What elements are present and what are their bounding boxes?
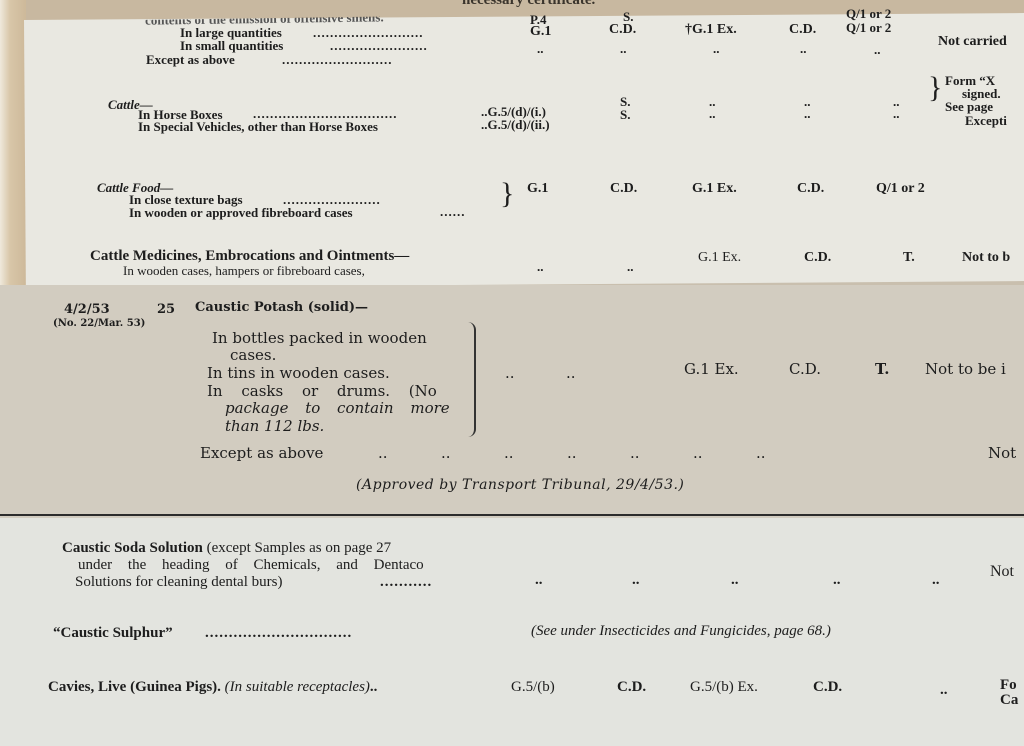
class-cell: .. — [535, 572, 543, 589]
row-label: In bottles packed in wooden — [212, 329, 427, 347]
leader-dots: .......................... — [282, 52, 393, 68]
remarks-cell: Not carried — [938, 34, 1007, 50]
class-cell: G.1 — [530, 24, 551, 40]
class-cell: .. — [505, 364, 515, 382]
class-cell: .. — [378, 444, 388, 462]
class-cell: .. — [693, 444, 703, 462]
class-cell: G.1 Ex. — [692, 181, 737, 197]
remarks-cell: Not — [988, 444, 1016, 462]
class-cell: Q/1 or 2 — [876, 181, 925, 197]
entry-text: (except Samples as on page 27 — [207, 540, 392, 556]
row-label: Except as above — [200, 444, 323, 462]
class-cell: T. — [875, 360, 889, 378]
header-fragment: necessary certificate. — [462, 0, 595, 9]
row-label: In casks or drums. (No — [207, 382, 437, 400]
remarks-cell: Not — [990, 563, 1014, 581]
class-cell: C.D. — [609, 22, 636, 38]
class-cell: S. — [620, 107, 630, 123]
class-cell: C.D. — [789, 360, 821, 378]
class-cell: .. — [731, 572, 739, 589]
row-label: cases. — [230, 346, 276, 364]
leader-dots: ........... — [380, 574, 432, 591]
amendment-number: 25 — [157, 302, 175, 317]
class-cell: C.D. — [610, 181, 637, 197]
row-label: Except as above — [146, 52, 235, 68]
remarks-cell: Ca — [1000, 692, 1018, 709]
class-cell: C.D. — [789, 22, 816, 38]
class-cell: G.1 Ex. — [684, 360, 739, 378]
class-cell: C.D. — [797, 181, 824, 197]
class-cell: C.D. — [804, 250, 831, 266]
class-cell: .. — [940, 682, 948, 699]
remarks-cell: Not to be i — [925, 360, 1006, 378]
class-cell: .. — [932, 572, 940, 589]
entry-text: Solutions for cleaning dental burs) — [75, 574, 282, 591]
class-cell: .. — [833, 572, 841, 589]
class-cell: .. — [627, 259, 634, 275]
class-cell: .. — [756, 444, 766, 462]
class-cell: .. — [537, 259, 544, 275]
class-cell: .. — [441, 444, 451, 462]
row-label: package to contain more — [225, 399, 450, 417]
row-label: than 112 lbs. — [225, 417, 324, 435]
class-cell: †G.1 Ex. — [685, 22, 737, 38]
cross-reference-note: (See under Insecticides and Fungicides, … — [531, 623, 831, 640]
class-cell: C.D. — [617, 679, 646, 696]
class-cell: G.1 — [527, 181, 548, 197]
entry-heading: Caustic Potash (solid)— — [195, 300, 368, 315]
class-cell: .. — [504, 444, 514, 462]
row-label: In wooden or approved fibreboard cases — [129, 205, 353, 221]
class-cell: .. — [632, 572, 640, 589]
clipping-edge-line — [0, 514, 1024, 516]
leader-dots: ............................... — [205, 625, 352, 642]
class-cell: ..G.5/(d)/(ii.) — [481, 117, 550, 133]
entry-heading: “Caustic Sulphur” — [53, 625, 173, 642]
row-label: In tins in wooden cases. — [207, 364, 390, 382]
class-cell: T. — [903, 250, 915, 266]
approval-note: (Approved by Transport Tribunal, 29/4/53… — [356, 477, 684, 493]
class-cell: G.1 Ex. — [698, 250, 741, 266]
class-cell: .. — [630, 444, 640, 462]
leader-dots: .. — [370, 679, 378, 695]
row-label: In Special Vehicles, other than Horse Bo… — [138, 119, 378, 135]
entry-text: under the heading of Chemicals, and Dent… — [78, 557, 424, 574]
class-cell: .. — [567, 444, 577, 462]
class-cell: G.5/(b) — [511, 679, 555, 696]
leader-dots: ...... — [440, 204, 466, 220]
class-cell: C.D. — [813, 679, 842, 696]
entry-heading: Caustic Soda Solution — [62, 540, 203, 556]
row-label: In wooden cases, hampers or fibreboard c… — [123, 263, 365, 279]
amendment-ref: (No. 22/Mar. 53) — [53, 318, 145, 329]
class-cell: Q/1 or 2 — [846, 20, 891, 36]
class-cell: G.5/(b) Ex. — [690, 679, 758, 696]
remarks-cell: Not to b — [962, 250, 1010, 266]
remarks-cell: Excepti — [965, 113, 1007, 129]
class-cell: .. — [566, 364, 576, 382]
entry-text: (In suitable receptacles) — [225, 679, 370, 695]
entry-heading: Cavies, Live (Guinea Pigs). — [48, 679, 221, 695]
amendment-date: 4/2/53 — [64, 302, 110, 317]
